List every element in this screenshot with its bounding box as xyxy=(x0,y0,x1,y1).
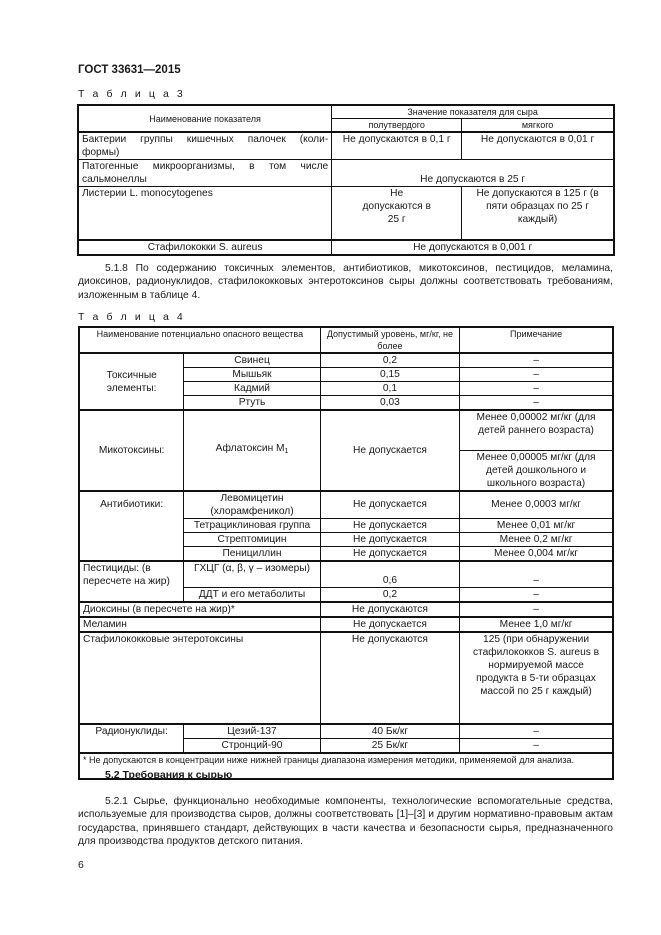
t3-row-semi-hard: Не допускаются в 0,1 г xyxy=(332,132,462,160)
table-row: Антибиотики: Левомицетин (хлорамфеникол)… xyxy=(79,491,613,519)
t3-row-semi-hard: Не допускаются в 25 г xyxy=(332,187,462,240)
table-row: Листерии L. monocytogenes Не допускаются… xyxy=(78,187,614,240)
t3-row-merged: Не допускаются в 0,001 г xyxy=(332,240,614,255)
t4-note: – xyxy=(460,353,613,368)
t4-level: 0,1 xyxy=(320,382,459,396)
section-5-2-title: 5.2 Требования к сырью xyxy=(105,769,232,781)
paragraph-5-2-1: 5.2.1 Сырье, функционально необходимые к… xyxy=(78,795,613,849)
t4-header-level: Допустимый уровень, мг/кг, не более xyxy=(320,327,459,353)
t4-name: Ртуть xyxy=(184,396,321,411)
t3-header-soft: мягкого xyxy=(462,119,614,133)
t4-name: Стрептомицин xyxy=(184,532,321,546)
t4-name: Диоксины (в пересчете на жир)* xyxy=(79,602,320,617)
table-row: Пестициды: (в пересчете на жир) ГХЦГ (α,… xyxy=(79,561,613,588)
paragraph-5-1-8: 5.1.8 По содержанию токсичных элементов,… xyxy=(78,262,613,302)
t4-note: 125 (при обнаружении стафилококков S. au… xyxy=(460,632,613,724)
t4-note: Менее 0,004 мг/кг xyxy=(460,546,613,561)
t4-level: 25 Бк/кг xyxy=(320,739,459,754)
t4-note: – xyxy=(460,588,613,603)
t4-note: Менее 0,0003 мг/кг xyxy=(460,491,613,519)
t4-header-note: Примечание xyxy=(460,327,613,353)
table-row: Стафилококки S. aureus Не допускаются в … xyxy=(78,240,614,255)
document-header: ГОСТ 33631—2015 xyxy=(78,64,181,76)
t4-name: Мышьяк xyxy=(184,368,321,382)
table-row: Радионуклиды: Цезий-137 40 Бк/кг – xyxy=(79,724,613,739)
page-number: 6 xyxy=(78,859,84,871)
t4-name: Стронций-90 xyxy=(184,739,321,754)
t3-header-name: Наименование показателя xyxy=(78,105,332,132)
t4-level: Не допускается xyxy=(320,532,459,546)
t4-level: Не допускается xyxy=(320,617,459,632)
t4-note: – xyxy=(460,561,613,588)
t4-note: – xyxy=(460,368,613,382)
t4-name: Афлатоксин M1 xyxy=(184,410,321,491)
t4-level: 0,15 xyxy=(320,368,459,382)
t4-group-toxic: Токсичные элементы: xyxy=(79,353,184,410)
t4-level: 40 Бк/кг xyxy=(320,724,459,739)
table-row: Диоксины (в пересчете на жир)* Не допуск… xyxy=(79,602,613,617)
t4-group-pesticides: Пестициды: (в пересчете на жир) xyxy=(79,561,184,603)
t4-note: – xyxy=(460,602,613,617)
t3-header-semi-hard: полутвердого xyxy=(332,119,462,133)
t4-level: 0,2 xyxy=(320,353,459,368)
table-3: Наименование показателя Значение показат… xyxy=(77,104,615,256)
t4-level: Не допускаются xyxy=(320,602,459,617)
t4-name: ГХЦГ (α, β, γ – изомеры) xyxy=(184,561,321,588)
table-row: Патогенные микроорганизмы, в том числеса… xyxy=(78,160,614,187)
t3-row-name: Листерии L. monocytogenes xyxy=(78,187,332,240)
table3-caption: Т а б л и ц а 3 xyxy=(78,88,185,100)
t4-group-mycotoxins: Микотоксины: xyxy=(79,410,184,491)
t4-level: Не допускается xyxy=(320,491,459,519)
t4-level: 0,03 xyxy=(320,396,459,411)
table-4: Наименование потенциально опасного вещес… xyxy=(78,326,614,780)
t4-note: Менее 1,0 мг/кг xyxy=(460,617,613,632)
t4-note: – xyxy=(460,396,613,411)
t4-note: – xyxy=(460,382,613,396)
table-row: Микотоксины: Афлатоксин M1 Не допускаетс… xyxy=(79,410,613,450)
t4-level: Не допускается xyxy=(320,518,459,532)
t4-name: Левомицетин (хлорамфеникол) xyxy=(184,491,321,519)
t4-name: Цезий-137 xyxy=(184,724,321,739)
t4-note: Менее 0,2 мг/кг xyxy=(460,532,613,546)
t4-name: Тетрациклиновая группа xyxy=(184,518,321,532)
t4-level: Не допускается xyxy=(320,546,459,561)
t4-level: Не допускается xyxy=(320,410,459,491)
table-row: Бактерии группы кишечных палочек (коли-ф… xyxy=(78,132,614,160)
table-row: Токсичные элементы: Свинец 0,2 – xyxy=(79,353,613,368)
t3-row-soft: Не допускаются в 0,01 г xyxy=(462,132,614,160)
t4-group-antibiotics: Антибиотики: xyxy=(79,491,184,561)
t4-note: – xyxy=(460,724,613,739)
t4-level: Не допускаются xyxy=(320,632,459,724)
t4-level: 0,2 xyxy=(320,588,459,603)
t4-name: Меламин xyxy=(79,617,320,632)
t4-note: Менее 0,01 мг/кг xyxy=(460,518,613,532)
t4-name: Свинец xyxy=(184,353,321,368)
table4-caption: Т а б л и ц а 4 xyxy=(78,311,185,323)
t4-name: ДДТ и его метаболиты xyxy=(184,588,321,603)
t4-note: – xyxy=(460,739,613,754)
table-row: Меламин Не допускается Менее 1,0 мг/кг xyxy=(79,617,613,632)
t3-row-name: Бактерии группы кишечных палочек (коли-ф… xyxy=(78,132,332,160)
t3-row-name: Стафилококки S. aureus xyxy=(78,240,332,255)
t4-group-radionuclides: Радионуклиды: xyxy=(79,724,184,753)
t4-note: Менее 0,00005 мг/кг (для детей дошкольно… xyxy=(460,450,613,491)
t4-note: Менее 0,00002 мг/кг (для детей раннего в… xyxy=(460,410,613,450)
t4-name: Стафилококковые энтеротоксины xyxy=(79,632,320,724)
t3-row-name: Патогенные микроорганизмы, в том числеса… xyxy=(78,160,332,187)
t4-name: Пенициллин xyxy=(184,546,321,561)
t4-name: Кадмий xyxy=(184,382,321,396)
t4-header-substance: Наименование потенциально опасного вещес… xyxy=(79,327,320,353)
t4-level: 0,6 xyxy=(320,561,459,588)
t3-row-merged: Не допускаются в 25 г xyxy=(332,160,614,187)
t3-header-value-group: Значение показателя для сыра xyxy=(332,105,614,119)
t3-row-soft: Не допускаются в 125 г (в пяти образцах … xyxy=(462,187,614,240)
table-row: Стафилококковые энтеротоксины Не допуска… xyxy=(79,632,613,724)
